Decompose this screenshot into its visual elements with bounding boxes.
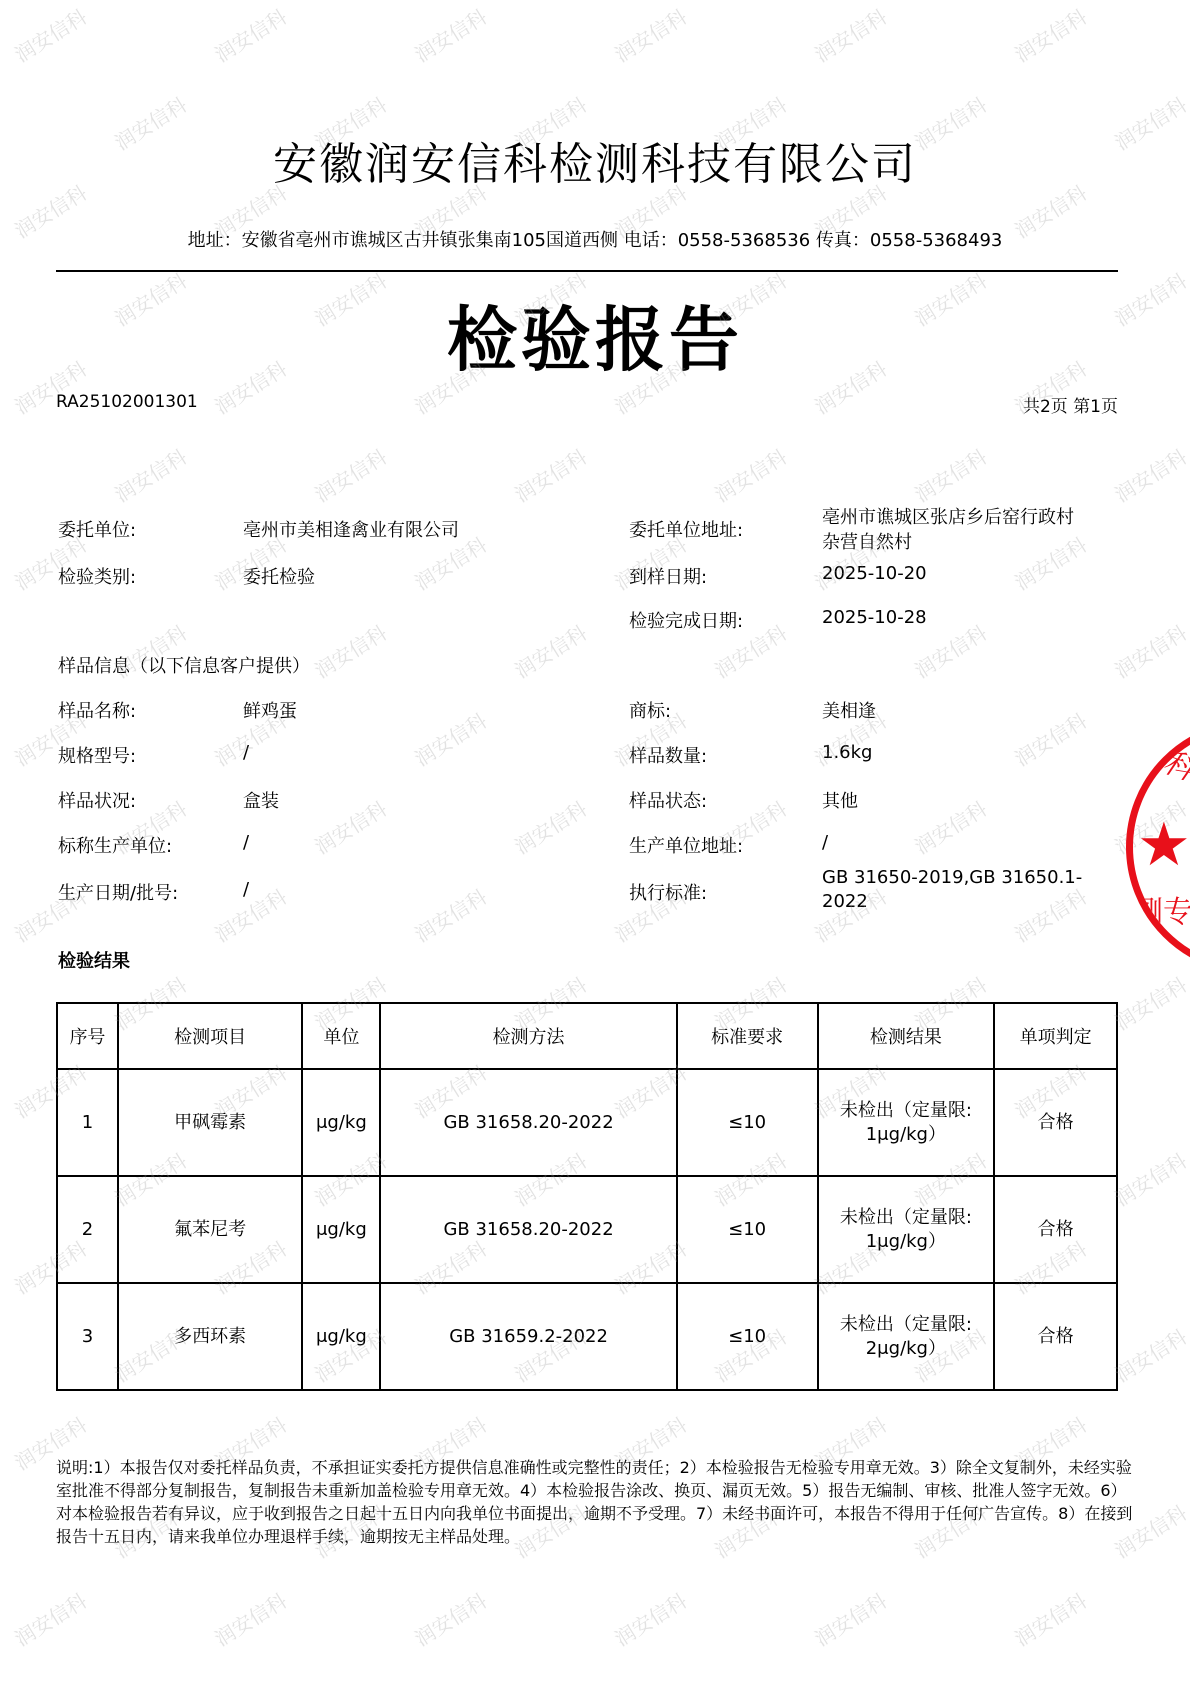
star-icon: ★ <box>1137 815 1190 875</box>
client-address-line2: 杂营自然村 <box>822 528 912 554</box>
watermark-text: 润安信科 <box>108 441 191 508</box>
cell-item: 氟苯尼考 <box>118 1176 303 1283</box>
cell-result: 未检出（定量限:1μg/kg） <box>818 1069 995 1176</box>
cell-method: GB 31658.20-2022 <box>380 1069 676 1176</box>
cell-no: 2 <box>57 1176 118 1283</box>
watermark-text: 润安信科 <box>408 881 491 948</box>
cell-requirement: ≤10 <box>677 1176 818 1283</box>
report-title: 检验报告 <box>0 284 1190 385</box>
watermark-text: 润安信科 <box>1108 441 1190 508</box>
watermark-text: 润安信科 <box>508 441 591 508</box>
watermark-text: 润安信科 <box>1008 529 1091 596</box>
cell-verdict: 合格 <box>994 1069 1117 1176</box>
report-number: RA25102001301 <box>56 392 198 412</box>
sample-name-label: 样品名称: <box>58 697 136 723</box>
cell-no: 1 <box>57 1069 118 1176</box>
cell-verdict: 合格 <box>994 1176 1117 1283</box>
watermark-text: 润安信科 <box>408 1 491 68</box>
col-item: 检测项目 <box>118 1003 303 1069</box>
arrival-date: 2025-10-20 <box>822 563 927 584</box>
watermark-text: 润安信科 <box>508 617 591 684</box>
watermark-text: 润安信科 <box>908 441 991 508</box>
watermark-text: 润安信科 <box>8 1 91 68</box>
brand: 美相逢 <box>822 697 876 723</box>
producer-label: 标称生产单位: <box>58 832 172 858</box>
client-unit: 亳州市美相逢禽业有限公司 <box>243 516 459 542</box>
state-label: 样品状态: <box>629 787 707 813</box>
watermark-text: 润安信科 <box>1008 1 1091 68</box>
watermark-text: 润安信科 <box>308 617 391 684</box>
category-label: 检验类别: <box>58 563 136 589</box>
arrival-date-label: 到样日期: <box>629 563 707 589</box>
col-unit: 单位 <box>302 1003 380 1069</box>
watermark-text: 润安信科 <box>1008 705 1091 772</box>
production-date-label: 生产日期/批号: <box>58 879 178 905</box>
result-line1: 未检出（定量限: <box>823 1313 990 1337</box>
watermark-text: 润安信科 <box>208 881 291 948</box>
state: 其他 <box>822 787 858 813</box>
spec-label: 规格型号: <box>58 742 136 768</box>
producer-address: / <box>822 832 828 853</box>
production-date: / <box>243 879 249 900</box>
stamp-bottom-text: 测专用章 <box>1133 887 1190 931</box>
condition-label: 样品状况: <box>58 787 136 813</box>
watermark-text: 润安信科 <box>208 1585 291 1652</box>
watermark-text: 润安信科 <box>308 793 391 860</box>
complete-date-label: 检验完成日期: <box>629 607 743 633</box>
watermark-text: 润安信科 <box>608 1585 691 1652</box>
quantity-label: 样品数量: <box>629 742 707 768</box>
watermark-text: 润安信科 <box>608 1 691 68</box>
category: 委托检验 <box>243 563 315 589</box>
col-no: 序号 <box>57 1003 118 1069</box>
cell-unit: μg/kg <box>302 1283 380 1390</box>
col-method: 检测方法 <box>380 1003 676 1069</box>
cell-item: 甲砜霉素 <box>118 1069 303 1176</box>
result-line2: 1μg/kg） <box>823 1123 990 1147</box>
results-table: 序号 检测项目 单位 检测方法 标准要求 检测结果 单项判定 1 甲砜霉素 μg… <box>56 1002 1118 1391</box>
cell-no: 3 <box>57 1283 118 1390</box>
cell-method: GB 31658.20-2022 <box>380 1176 676 1283</box>
official-stamp: 测科技 ★ 测专用章 <box>1126 720 1190 974</box>
watermark-text: 润安信科 <box>408 705 491 772</box>
result-line1: 未检出（定量限: <box>823 1099 990 1123</box>
result-line2: 1μg/kg） <box>823 1230 990 1254</box>
cell-requirement: ≤10 <box>677 1283 818 1390</box>
results-section-title: 检验结果 <box>58 947 130 973</box>
watermark-text: 润安信科 <box>1008 881 1091 948</box>
table-header-row: 序号 检测项目 单位 检测方法 标准要求 检测结果 单项判定 <box>57 1003 1117 1069</box>
client-address-label: 委托单位地址: <box>629 516 743 542</box>
cell-item: 多西环素 <box>118 1283 303 1390</box>
client-address-line1: 亳州市谯城区张店乡后窑行政村 <box>822 503 1074 529</box>
watermark-layer: 润安信科润安信科润安信科润安信科润安信科润安信科润安信科润安信科润安信科润安信科… <box>0 0 1190 1683</box>
header-divider <box>56 270 1118 272</box>
producer-address-label: 生产单位地址: <box>629 832 743 858</box>
standard-line1: GB 31650-2019,GB 31650.1- <box>822 867 1082 888</box>
watermark-text: 润安信科 <box>208 1 291 68</box>
client-unit-label: 委托单位: <box>58 516 136 542</box>
watermark-text: 润安信科 <box>8 1585 91 1652</box>
company-address: 地址：安徽省亳州市谯城区古井镇张集南105国道西侧 电话：0558-536853… <box>0 226 1190 252</box>
cell-unit: μg/kg <box>302 1069 380 1176</box>
table-row: 3 多西环素 μg/kg GB 31659.2-2022 ≤10 未检出（定量限… <box>57 1283 1117 1390</box>
cell-verdict: 合格 <box>994 1283 1117 1390</box>
sample-section-title: 样品信息（以下信息客户提供） <box>58 652 310 678</box>
watermark-text: 润安信科 <box>708 441 791 508</box>
condition: 盒装 <box>243 787 279 813</box>
cell-requirement: ≤10 <box>677 1069 818 1176</box>
watermark-text: 润安信科 <box>308 441 391 508</box>
complete-date: 2025-10-28 <box>822 607 927 628</box>
col-result: 检测结果 <box>818 1003 995 1069</box>
watermark-text: 润安信科 <box>408 1585 491 1652</box>
watermark-text: 润安信科 <box>1108 1145 1190 1212</box>
watermark-text: 润安信科 <box>1108 969 1190 1036</box>
standard-label: 执行标准: <box>629 879 707 905</box>
result-line2: 2μg/kg） <box>823 1337 990 1361</box>
cell-result: 未检出（定量限:2μg/kg） <box>818 1283 995 1390</box>
producer: / <box>243 832 249 853</box>
watermark-text: 润安信科 <box>908 793 991 860</box>
stamp-top-text: 测科技 <box>1130 727 1190 799</box>
col-requirement: 标准要求 <box>677 1003 818 1069</box>
page-count: 共2页 第1页 <box>1023 392 1118 417</box>
quantity: 1.6kg <box>822 742 872 763</box>
watermark-text: 润安信科 <box>808 1 891 68</box>
spec: / <box>243 742 249 763</box>
brand-label: 商标: <box>629 697 671 723</box>
watermark-text: 润安信科 <box>808 1585 891 1652</box>
col-verdict: 单项判定 <box>994 1003 1117 1069</box>
report-notes: 说明:1）本报告仅对委托样品负责，不承担证实委托方提供信息准确性或完整性的责任；… <box>56 1456 1136 1548</box>
cell-result: 未检出（定量限:1μg/kg） <box>818 1176 995 1283</box>
table-row: 2 氟苯尼考 μg/kg GB 31658.20-2022 ≤10 未检出（定量… <box>57 1176 1117 1283</box>
standard-line2: 2022 <box>822 891 868 912</box>
watermark-text: 润安信科 <box>1108 617 1190 684</box>
cell-unit: μg/kg <box>302 1176 380 1283</box>
watermark-text: 润安信科 <box>1008 1585 1091 1652</box>
sample-name: 鲜鸡蛋 <box>243 697 297 723</box>
watermark-text: 润安信科 <box>1108 1321 1190 1388</box>
watermark-text: 润安信科 <box>508 793 591 860</box>
cell-method: GB 31659.2-2022 <box>380 1283 676 1390</box>
table-row: 1 甲砜霉素 μg/kg GB 31658.20-2022 ≤10 未检出（定量… <box>57 1069 1117 1176</box>
result-line1: 未检出（定量限: <box>823 1206 990 1230</box>
company-name: 安徽润安信科检测科技有限公司 <box>0 128 1190 192</box>
